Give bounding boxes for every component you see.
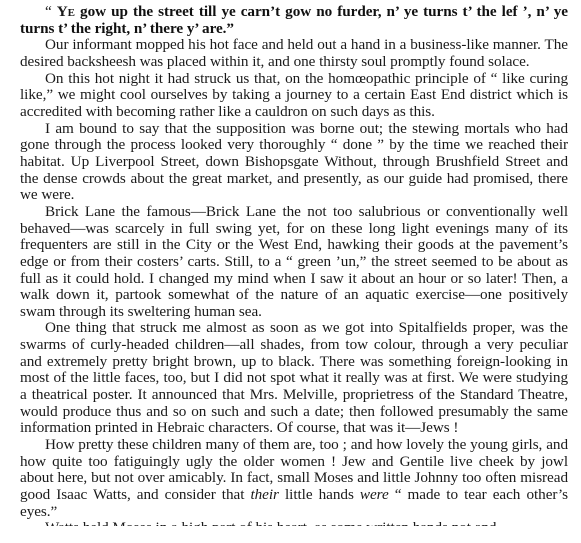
- paragraph-dialogue: “ Ye gow up the street till ye carn’t go…: [20, 4, 568, 37]
- emphasis-were: were: [360, 486, 389, 503]
- paragraph-spitalfields: One thing that struck me almost as soon …: [20, 320, 568, 437]
- emphasis-their: their: [250, 486, 278, 503]
- document-page: “ Ye gow up the street till ye carn’t go…: [20, 4, 568, 526]
- paragraph-supposition: I am bound to say that the supposition w…: [20, 121, 568, 204]
- paragraph-informant: Our informant mopped his hot face and he…: [20, 37, 568, 70]
- paragraph-hot-night: On this hot night it had struck us that,…: [20, 71, 568, 121]
- paragraph-brick-lane: Brick Lane the famous—Brick Lane the not…: [20, 204, 568, 321]
- dropcap-word: Ye: [57, 3, 75, 20]
- open-quote: “: [45, 3, 57, 20]
- children-text-b: little hands: [279, 486, 360, 503]
- dialogue-text: gow up the street till ye carn’t gow no …: [20, 3, 568, 37]
- paragraph-clipped: Watts held Moses in a high part of his h…: [20, 520, 568, 526]
- paragraph-children: How pretty these children many of them a…: [20, 437, 568, 520]
